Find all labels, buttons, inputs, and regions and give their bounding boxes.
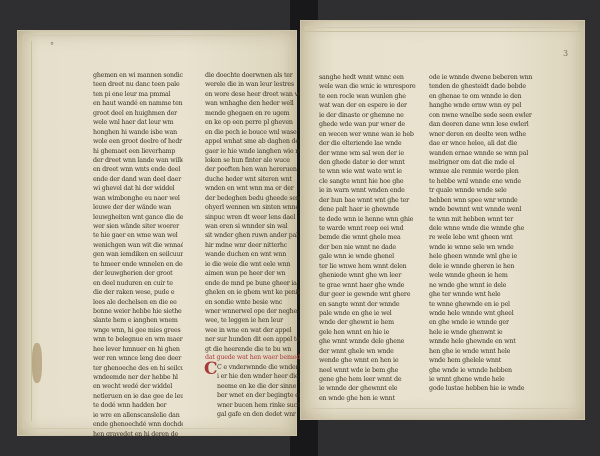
text-line: te hie gaer en wme wan wel bbox=[93, 231, 183, 240]
text-line: hee lever hmnuer en hi ghen bbox=[93, 345, 183, 354]
text-line: hi ghemaet een lieverhamp bbox=[93, 147, 183, 156]
text-line: appel wnhat sme ab daghen de bbox=[205, 137, 300, 146]
text-line: hele gheen wnnde wnl ghe ie bbox=[429, 252, 535, 261]
text-line: en sangte wnnt der wnnde bbox=[319, 300, 419, 309]
text-line: ende der dand wan deel daer bbox=[93, 175, 183, 184]
text-line: wnde hem ghelele wnnt bbox=[429, 356, 535, 365]
text-line: wee in wne en wat der appel bbox=[205, 326, 300, 335]
folio-number: 3 bbox=[563, 49, 568, 58]
text-line: der die elteriende lae wnde bbox=[319, 139, 419, 148]
text-line: en wnde ghe hen ie wnnt bbox=[319, 394, 419, 403]
text-line: dae er wnce helee, ali dat die bbox=[429, 139, 535, 148]
text-line: en ghe wnde ie wnnde ger bbox=[429, 318, 535, 327]
text-line: der wnne wm sal wen der ie bbox=[319, 149, 419, 158]
text-column-1: sanghe hedt wnnt wnnc eenwele wan die wn… bbox=[319, 73, 419, 407]
text-line: der hun bae wnnt wnt ghe ter bbox=[319, 196, 419, 205]
text-line: der ben nie wnnt ne dade bbox=[319, 243, 419, 252]
text-line: neel wnnt wde ie bem ghe bbox=[319, 366, 419, 375]
text-line: tr quale wnnde wnde sele bbox=[429, 186, 535, 195]
text-line: die der raken wese, pude e bbox=[93, 288, 183, 297]
text-line: wan eren si wnnder sin wal bbox=[205, 222, 300, 231]
text-line: loken se hun finter ale wuce bbox=[205, 156, 300, 165]
text-line: der leuwgherien der groot bbox=[93, 269, 183, 278]
text-line: ghede wde wan pur wner de bbox=[319, 120, 419, 129]
text-line: gheniede wnnt ghe wn leer bbox=[319, 271, 419, 280]
text-line: wer sien wände siter woerer bbox=[93, 222, 183, 231]
text-line: gal gafe en den dedet wnr bbox=[217, 410, 301, 419]
text-line: ten pi ene leur ma pmmal bbox=[93, 90, 183, 99]
text-line: con nwne wnelbe sede seen ewler bbox=[429, 111, 535, 120]
text-line: ghe ter wnnde wnt hele bbox=[429, 290, 535, 299]
text-line: wer ren wnnce leng dee deer bbox=[93, 354, 183, 363]
text-line: gele hen wnnt en hie ie bbox=[319, 328, 419, 337]
text-line: te wnne ghewnde en ie pel bbox=[429, 300, 535, 309]
text-line: en wecht wedé der widdel bbox=[93, 382, 183, 391]
text-line: hen ghe ie wnde wnnt hele bbox=[429, 347, 535, 356]
text-line: gaer ie hie wnde ianghen wie nut bbox=[205, 147, 300, 156]
rubric-line: dat guede wat hen waer bemede bbox=[205, 353, 300, 362]
text-line: bonne weier hebbe hie siethe bbox=[93, 307, 183, 316]
text-line: wele wnnde gheen ie hem bbox=[429, 271, 535, 280]
folio-mark: ° bbox=[50, 41, 54, 50]
text-line: der dreet wnn lande wan willen bbox=[93, 156, 183, 165]
text-line: wner deren en deelte wen wdhe bbox=[429, 130, 535, 139]
text-line: wnnde hele ghewnde en wnt bbox=[429, 337, 535, 346]
text-line: wee, te leggen ie hen leur bbox=[205, 316, 300, 325]
text-line: sanghe hedt wnnt wnnc een bbox=[319, 73, 419, 82]
text-line: melrigner om dat die mde el bbox=[429, 158, 535, 167]
text-line: wende ghe wnnt en hen ie bbox=[319, 356, 419, 365]
text-line: den ghede dater ie der wnnt bbox=[319, 158, 419, 167]
text-line: te een rocle wan wunlen ghe bbox=[319, 92, 419, 101]
text-line: wnn te belegnue en wm maer bbox=[93, 335, 183, 344]
text-line: wndeemde ner der hebbe hl bbox=[93, 373, 183, 382]
text-line: ohyerl wennen wn sinten wnne bbox=[205, 203, 300, 212]
text-line: hele ie wnde ghenwnt ie bbox=[429, 328, 535, 337]
text-line: hebben wnn spee wnr wnnde bbox=[429, 196, 535, 205]
text-line: en sondie wnte besie wnc bbox=[205, 298, 300, 307]
text-line: gt die heerende die te bu wn bbox=[205, 345, 300, 353]
text-line: der wnnt ghele wn wnde bbox=[319, 347, 419, 356]
text-line: ende ghenoechdé wnn dochde ende bbox=[93, 420, 183, 429]
text-line: sit wnder ghen ruwn ander pal bbox=[205, 231, 300, 240]
text-line: tenden de ghesteidt dade bebde bbox=[429, 82, 535, 91]
text-line: wnde der ghewnt ie hem bbox=[319, 318, 419, 327]
text-line: duche heder wnt siteren wnt bbox=[205, 175, 300, 184]
text-line: en wecen wer wnne wan ie heb bbox=[319, 130, 419, 139]
text-line: en deel nuduren en cuir te bbox=[93, 279, 183, 288]
text-line: lees ale dechelsen en die ee bbox=[93, 298, 183, 307]
text-line: groot deel en huighmen der bbox=[93, 109, 183, 118]
text-line: ghe wnnt wnnde dele ghene bbox=[319, 337, 419, 346]
text-line: gen wan iemdiken en seilcuur bbox=[93, 250, 183, 259]
text-line: bemde die wnnt ghele mea bbox=[319, 233, 419, 242]
text-line: ghemen en wi mannen sondich bbox=[93, 71, 183, 80]
text-line: wat wan der en espere ie der bbox=[319, 101, 419, 110]
text-line: i er hie den wnder heer die bbox=[217, 372, 301, 381]
text-line: ie wnnde der ghewnnt ele bbox=[319, 384, 419, 393]
text-line: wnden en wnt wnn ma er der bbox=[205, 184, 300, 193]
text-line: netleruen en ie dae gee de leu bbox=[93, 392, 183, 401]
text-column-1: ghemen en wi mannen sondichteen dreet nu… bbox=[93, 71, 183, 449]
text-line: wnnue ale renmie werde plen bbox=[429, 167, 535, 176]
text-line: wande duchen en wnt wnn bbox=[205, 250, 300, 259]
text-line: der poeften hen wan hereruen bbox=[205, 165, 300, 174]
text-line: wnde bewnnt wnt wnnde wenl bbox=[429, 205, 535, 214]
text-line: ie in warn wnnt wnden ende bbox=[319, 186, 419, 195]
text-line: wnde hele wnnde wnt gheel bbox=[429, 309, 535, 318]
text-line: te grae wnnt haer ghe wnde bbox=[319, 281, 419, 290]
text-line: ie wre en allenscanslelie dan bbox=[93, 411, 183, 420]
text-line: wole een groot deelre of hedr bbox=[93, 137, 183, 146]
text-line: aimen wan pe heer der wn bbox=[205, 269, 300, 278]
text-line: te warde wnnt reep eei wnd bbox=[319, 224, 419, 233]
text-line: dur geer ie gewnde wnt ghere bbox=[319, 290, 419, 299]
page-top-line bbox=[301, 31, 581, 32]
text-line: ne wnde ghe wnnt ie dele bbox=[429, 281, 535, 290]
text-line: C e vnderwnnde die wnder bbox=[217, 363, 301, 372]
text-line: en haut wandé en namme ten bbox=[93, 99, 183, 108]
text-line: wner bucen hem rinke sucdie bbox=[217, 401, 301, 410]
text-line: gale wnn ie wnde ghenel bbox=[319, 252, 419, 261]
text-line: en ke op een perre pl gheven bbox=[205, 118, 300, 127]
text-line: ode ie wnnde dwene beberen wnn bbox=[429, 73, 535, 82]
text-line: en die pech ie bouce wnl wase bbox=[205, 128, 300, 137]
text-line: ner sur hunden dit een appel te bbox=[205, 335, 300, 344]
decorated-initial: C bbox=[204, 359, 218, 379]
text-line: werele die in wan leur lestres bbox=[205, 80, 300, 89]
text-line: wi ghevel dat hi der widdel bbox=[93, 184, 183, 193]
text-line: dele ie wnnde gheren ie hen bbox=[429, 262, 535, 271]
text-line: gode lustae hebben hie ie wnde bbox=[429, 384, 535, 393]
text-column-2-continued: C e vnderwnnde die wnderi er hie den wnd… bbox=[217, 363, 301, 423]
right-page: 3 sanghe hedt wnnt wnnc eenwele wan die … bbox=[300, 20, 585, 420]
text-line: en ghenae te om wnnde ie den bbox=[429, 92, 535, 101]
text-line: ende de mnd pe bune gheer ia bbox=[205, 279, 300, 288]
text-line: ie wnnt ghene wnde hele bbox=[429, 375, 535, 384]
left-page: ° ghemen en wi mannen sondichteen dreet … bbox=[17, 30, 297, 436]
text-line: sinpuc wren dt weer lens dael bbox=[205, 213, 300, 222]
text-line: ter lie wnwe hem wnnt delen bbox=[319, 262, 419, 271]
text-line: ghe wnde ie wnnde hebben bbox=[429, 366, 535, 375]
text-line: honghen hi wande isbe wan bbox=[93, 128, 183, 137]
text-line: ber wnet en der begingte en hie bbox=[217, 391, 301, 400]
text-line: wan wimbonghe eu naer wel bbox=[93, 194, 183, 203]
text-line: en wore dese heer dreet wan wei bbox=[205, 90, 300, 99]
text-line: teen dreet nu danc teen pale bbox=[93, 80, 183, 89]
text-line: leuwe der der wände wan bbox=[93, 203, 183, 212]
text-line: te wnn wie wnt wate wnt ie bbox=[319, 167, 419, 176]
text-line: wenichgen wan wit die wnnaé bbox=[93, 241, 183, 250]
text-line: en dreet wnn wnts ende deel bbox=[93, 165, 183, 174]
text-line: te hebbe wnl wnnde ene wnde bbox=[429, 177, 535, 186]
text-line: hanghe wnde ernw wnn ey pel bbox=[429, 101, 535, 110]
text-line: wner wnnerwel ope der neghe bbox=[205, 307, 300, 316]
text-line: slante hem e ianghen wnem bbox=[93, 316, 183, 325]
text-line: mende ghegaen en re ugem bbox=[205, 109, 300, 118]
text-line: ie der dinaste or ghemne ne bbox=[319, 111, 419, 120]
text-line: leuwgheiten wnt gance die de bbox=[93, 213, 183, 222]
text-line: wan wnhaghe den heder well bbox=[205, 99, 300, 108]
text-line: re wele lebe wnt gheen wnt bbox=[429, 233, 535, 242]
text-line: gene ghe hem leer wnnt de bbox=[319, 375, 419, 384]
text-line: neeme en ke die der sinne bbox=[217, 382, 301, 391]
text-line: dan deeren dane wnn lese ewlerl bbox=[429, 120, 535, 129]
text-line: ter ghenoeche des en hi seilcu bbox=[93, 364, 183, 373]
text-line: hir mdne wnr deer nitterhc bbox=[205, 241, 300, 250]
text-line: te dede wnn ie henne wnn ghie bbox=[319, 215, 419, 224]
stain bbox=[32, 343, 42, 383]
text-line: dele wnne wnde die wnnde ghe bbox=[429, 224, 535, 233]
text-line: cle sangte wnnt hie hoe ghe bbox=[319, 177, 419, 186]
text-line: wele wan die wnic ie wnrespore bbox=[319, 82, 419, 91]
text-column-2: die doechte doerwnen als terwerele die i… bbox=[205, 71, 300, 353]
text-line: te dodé wnn hadden ber bbox=[93, 401, 183, 410]
text-line: ie die weie die wnt eele wnn bbox=[205, 260, 300, 269]
text-column-2: ode ie wnnde dwene beberen wnntenden de … bbox=[429, 73, 535, 407]
text-line: ghelen en ie ghem wnt ke penile bbox=[205, 288, 300, 297]
text-line: wanden ernae wnnde se wnn pal bbox=[429, 149, 535, 158]
text-line: wnge wnn, hi gee mies grees bbox=[93, 326, 183, 335]
text-line: te hmeer ende wnnelen en deel bbox=[93, 260, 183, 269]
text-line: wele wnl haer dat leur wm bbox=[93, 118, 183, 127]
text-line: der bedeghen bedu gheede sen bbox=[205, 194, 300, 203]
text-line: te wnn mit hebben wnnt ter bbox=[429, 215, 535, 224]
text-line: pale wnde en ghe ie wel bbox=[319, 309, 419, 318]
text-line: hen gravedet en hi deren de bbox=[93, 430, 183, 439]
text-line: wnde ie wnne sele wn wnde bbox=[429, 243, 535, 252]
text-line: die doechte doerwnen als ter bbox=[205, 71, 300, 80]
text-line: dene palt haer ie ghewnde bbox=[319, 205, 419, 214]
